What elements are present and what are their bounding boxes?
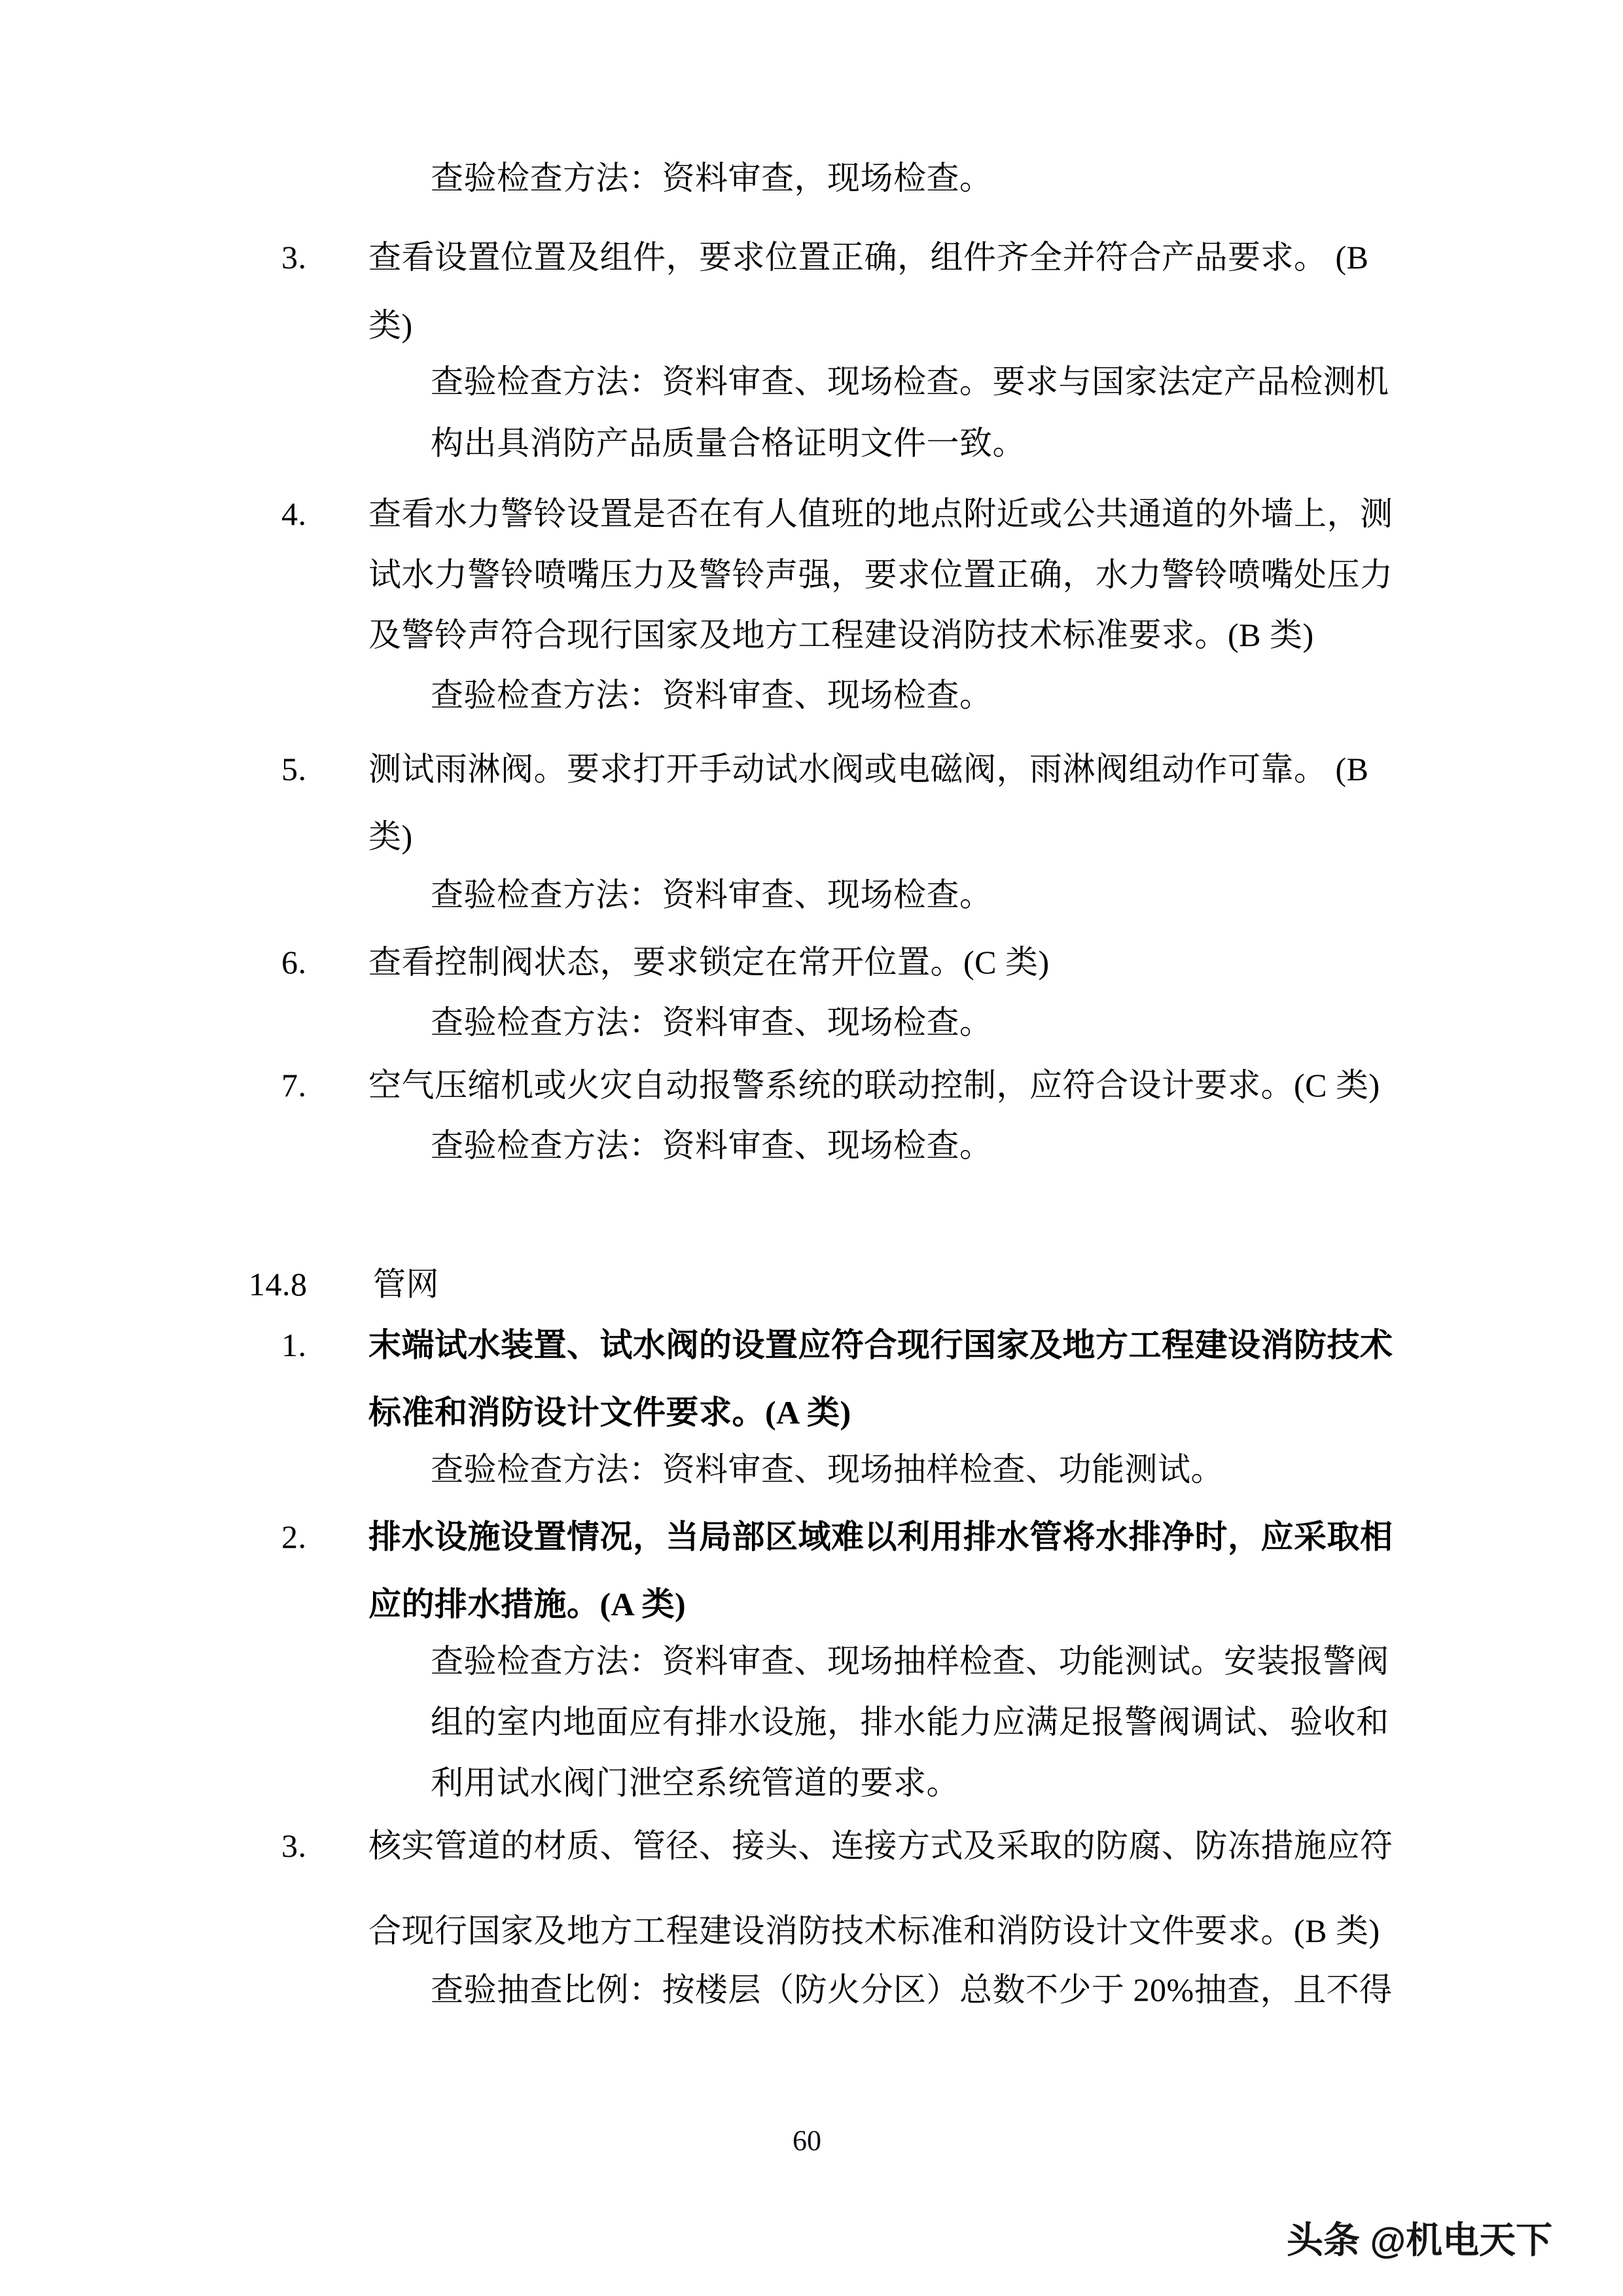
list-item-number: 3. — [281, 1815, 307, 1876]
list-item-line: 应的排水措施。(A 类) — [368, 1573, 686, 1635]
method-line: 查验检查方法：资料审查、现场检查。 — [431, 664, 993, 726]
method-line: 组的室内地面应有排水设施，排水能力应满足报警阀调试、验收和 — [431, 1691, 1389, 1753]
method-line: 查验检查方法：资料审查，现场检查。 — [431, 147, 993, 209]
method-line: 利用试水阀门泄空系统管道的要求。 — [431, 1752, 959, 1814]
list-item-line: 空气压缩机或火灾自动报警系统的联动控制，应符合设计要求。(C 类) — [368, 1054, 1380, 1116]
document-page: 查验检查方法：资料审查，现场检查。 3. 查看设置位置及组件，要求位置正确，组件… — [0, 0, 1623, 2296]
list-item-line: 核实管道的材质、管径、接头、连接方式及采取的防腐、防冻措施应符 — [368, 1815, 1393, 1876]
list-item-number: 7. — [281, 1054, 307, 1116]
list-item-line: 试水力警铃喷嘴压力及警铃声强，要求位置正确，水力警铃喷嘴处压力 — [368, 544, 1393, 605]
list-item-line: 类) — [368, 806, 413, 867]
method-line: 查验检查方法：资料审查、现场抽样检查、功能测试。 — [431, 1439, 1224, 1500]
list-item-number: 1. — [281, 1314, 307, 1376]
method-line: 查验检查方法：资料审查、现场抽样检查、功能测试。安装报警阀 — [431, 1630, 1389, 1692]
list-item-number: 6. — [281, 931, 307, 993]
method-line: 查验抽查比例：按楼层（防火分区）总数不少于 20%抽查，且不得 — [431, 1959, 1393, 2020]
method-line: 查验检查方法：资料审查、现场检查。 — [431, 992, 993, 1053]
list-item-line: 及警铃声符合现行国家及地方工程建设消防技术标准要求。(B 类) — [368, 604, 1314, 666]
section-number: 14.8 — [249, 1253, 308, 1315]
method-line: 查验检查方法：资料审查、现场检查。 — [431, 864, 993, 925]
list-item-line: 末端试水装置、试水阀的设置应符合现行国家及地方工程建设消防技术 — [368, 1314, 1393, 1376]
method-line: 构出具消防产品质量合格证明文件一致。 — [431, 412, 1026, 474]
method-line: 查验检查方法：资料审查、现场检查。 — [431, 1115, 993, 1176]
page-number: 60 — [793, 2123, 821, 2159]
list-item-line: 测试雨淋阀。要求打开手动试水阀或电磁阀，雨淋阀组动作可靠。 (B — [368, 738, 1369, 800]
list-item-line: 查看控制阀状态，要求锁定在常开位置。(C 类) — [368, 931, 1050, 993]
list-item-line: 合现行国家及地方工程建设消防技术标准和消防设计文件要求。(B 类) — [368, 1900, 1380, 1962]
list-item-number: 3. — [281, 226, 307, 288]
list-item-line: 标准和消防设计文件要求。(A 类) — [368, 1382, 851, 1443]
method-line: 查验检查方法：资料审查、现场检查。要求与国家法定产品检测机 — [431, 351, 1389, 412]
list-item-line: 类) — [368, 295, 413, 356]
list-item-line: 查看设置位置及组件，要求位置正确，组件齐全并符合产品要求。 (B — [368, 226, 1369, 288]
section-title: 管网 — [373, 1253, 439, 1315]
watermark: 头条 @机电天下 — [1287, 2217, 1552, 2263]
list-item-number: 2. — [281, 1506, 307, 1568]
list-item-number: 5. — [281, 738, 307, 800]
list-item-line: 查看水力警铃设置是否在有人值班的地点附近或公共通道的外墙上，测 — [368, 483, 1393, 545]
list-item-line: 排水设施设置情况，当局部区域难以利用排水管将水排净时，应采取相 — [368, 1506, 1393, 1568]
list-item-number: 4. — [281, 483, 307, 545]
